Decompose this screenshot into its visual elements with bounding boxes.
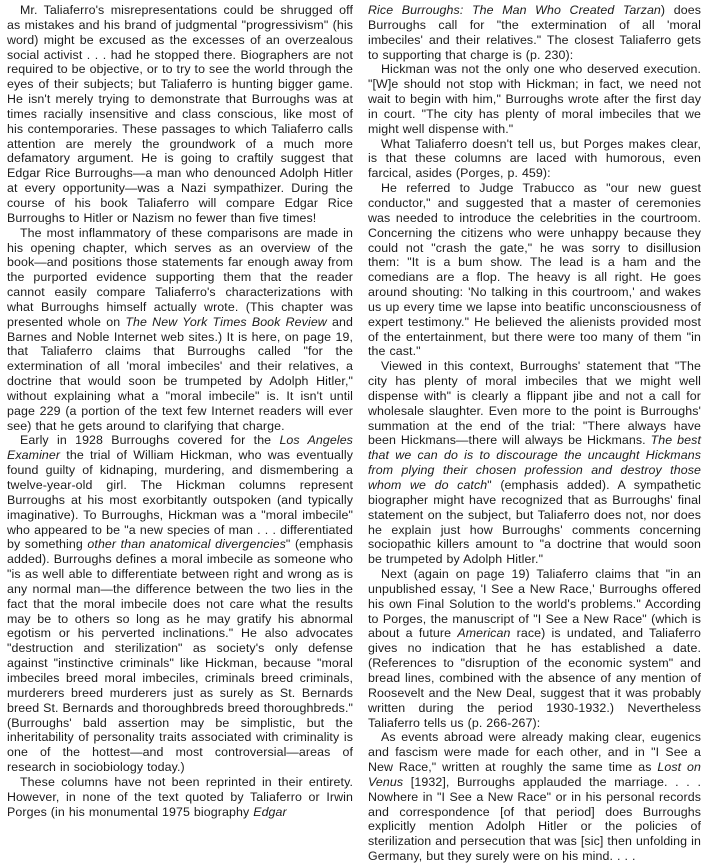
paragraph: The most inflammatory of these compariso… <box>7 226 353 434</box>
text-run: " (emphasis added). Burroughs defines a … <box>7 537 353 774</box>
paragraph: These columns have not been reprinted in… <box>7 775 353 820</box>
italic-text-run: other than anatomical divergencies <box>87 537 286 551</box>
text-run: Mr. Taliaferro's misrepresentations coul… <box>7 3 353 225</box>
text-column-left: Mr. Taliaferro's misrepresentations coul… <box>7 3 353 864</box>
text-columns: Mr. Taliaferro's misrepresentations coul… <box>7 3 701 864</box>
text-run: Hickman was not the only one who deserve… <box>368 62 701 135</box>
text-run: the trial of William Hickman, who was ev… <box>7 448 353 551</box>
document-page: Mr. Taliaferro's misrepresentations coul… <box>0 0 704 864</box>
text-run: race) is undated, and Taliaferro gives n… <box>368 626 701 729</box>
text-run: As events abroad were already making cle… <box>368 730 701 774</box>
text-column-right: Rice Burroughs: The Man Who Created Tarz… <box>368 3 701 864</box>
text-run: [1932], Burroughs applauded the marriage… <box>368 775 701 863</box>
paragraph: Early in 1928 Burroughs covered for the … <box>7 433 353 774</box>
paragraph: As events abroad were already making cle… <box>368 730 701 864</box>
italic-text-run: Edgar <box>253 805 287 819</box>
italic-text-run: American <box>457 626 510 640</box>
text-run: He referred to Judge Trabucco as "our ne… <box>368 181 701 358</box>
text-run: The most inflammatory of these compariso… <box>7 226 353 329</box>
text-run: What Taliaferro doesn't tell us, but Por… <box>368 137 701 181</box>
italic-text-run: Rice Burroughs: The Man Who Created Tarz… <box>368 3 661 17</box>
paragraph: What Taliaferro doesn't tell us, but Por… <box>368 137 701 182</box>
paragraph: Rice Burroughs: The Man Who Created Tarz… <box>368 3 701 62</box>
text-run: These columns have not been reprinted in… <box>7 775 353 819</box>
paragraph: He referred to Judge Trabucco as "our ne… <box>368 181 701 359</box>
paragraph: Viewed in this context, Burroughs' state… <box>368 359 701 567</box>
paragraph: Mr. Taliaferro's misrepresentations coul… <box>7 3 353 226</box>
text-run: Early in 1928 Burroughs covered for the <box>20 433 279 447</box>
italic-text-run: The New York Times Book Review <box>125 315 327 329</box>
paragraph: Hickman was not the only one who deserve… <box>368 62 701 136</box>
text-run: and Barnes and Noble Internet web sites.… <box>7 315 353 433</box>
paragraph: Next (again on page 19) Taliaferro claim… <box>368 567 701 730</box>
